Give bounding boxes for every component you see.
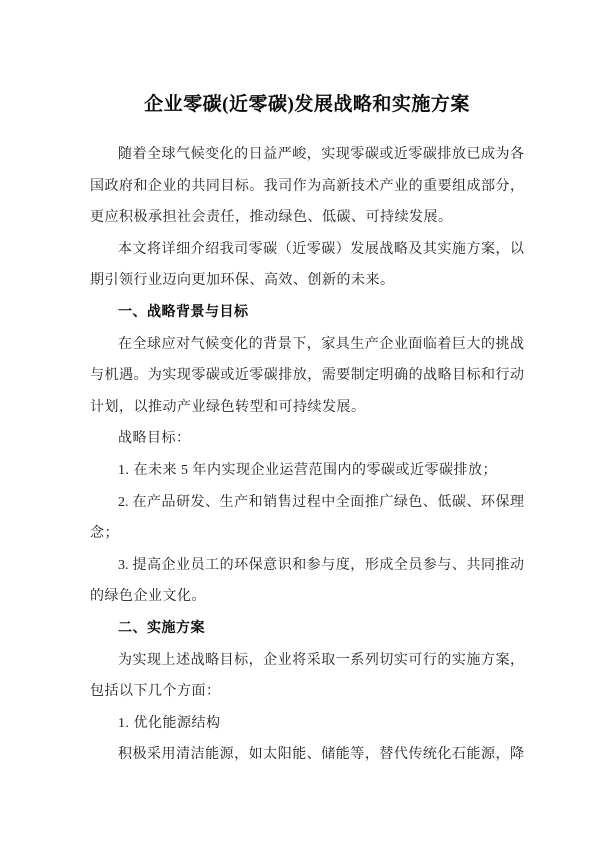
paragraph-implementation-intro: 为实现上述战略目标，企业将采取一系列切实可行的实施方案， 包括以下几个方面： <box>90 645 524 708</box>
implementation-item-1-body: 积极采用清洁能源，如太阳能、储能等，替代传统化石能源，降 <box>90 739 524 771</box>
heading-text: 一、战略背景与目标 <box>90 297 524 329</box>
goal-item-2: 2. 在产品研发、生产和销售过程中全面推广绿色、低碳、环保理 念； <box>90 487 524 550</box>
text-line: 战略目标： <box>90 423 524 455</box>
text-line: 期引领行业迈向更加环保、高效、创新的未来。 <box>90 265 524 297</box>
text-line: 念； <box>90 518 524 550</box>
text-line: 在全球应对气候变化的背景下，家具生产企业面临着巨大的挑战 <box>90 329 524 361</box>
document-page: 企业零碳(近零碳)发展战略和实施方案 随着全球气候变化的日益严峻，实现零碳或近零… <box>0 0 615 859</box>
document-content: 企业零碳(近零碳)发展战略和实施方案 随着全球气候变化的日益严峻，实现零碳或近零… <box>90 89 524 771</box>
goal-item-1: 1. 在未来 5 年内实现企业运营范围内的零碳或近零碳排放； <box>90 455 524 487</box>
text-line: 与机遇。为实现零碳或近零碳排放，需要制定明确的战略目标和行动 <box>90 360 524 392</box>
text-line: 国政府和企业的共同目标。我司作为高新技术产业的重要组成部分， <box>90 171 524 203</box>
section-heading-1: 一、战略背景与目标 <box>90 297 524 329</box>
text-line: 为实现上述战略目标，企业将采取一系列切实可行的实施方案， <box>90 645 524 677</box>
paragraph-goal-label: 战略目标： <box>90 423 524 455</box>
paragraph-background: 在全球应对气候变化的背景下，家具生产企业面临着巨大的挑战 与机遇。为实现零碳或近… <box>90 329 524 424</box>
text-line: 2. 在产品研发、生产和销售过程中全面推广绿色、低碳、环保理 <box>90 487 524 519</box>
paragraph-intro-1: 随着全球气候变化的日益严峻，实现零碳或近零碳排放已成为各 国政府和企业的共同目标… <box>90 139 524 234</box>
heading-text: 二、实施方案 <box>90 613 524 645</box>
text-line: 更应积极承担社会责任，推动绿色、低碳、可持续发展。 <box>90 202 524 234</box>
section-heading-2: 二、实施方案 <box>90 613 524 645</box>
text-line: 1. 在未来 5 年内实现企业运营范围内的零碳或近零碳排放； <box>90 455 524 487</box>
doc-title: 企业零碳(近零碳)发展战略和实施方案 <box>90 89 524 121</box>
text-line: 的绿色企业文化。 <box>90 581 524 613</box>
text-line: 计划，以推动产业绿色转型和可持续发展。 <box>90 392 524 424</box>
text-line: 本文将详细介绍我司零碳（近零碳）发展战略及其实施方案，以 <box>90 234 524 266</box>
text-line: 1. 优化能源结构 <box>90 708 524 740</box>
implementation-item-1-title: 1. 优化能源结构 <box>90 708 524 740</box>
text-line: 包括以下几个方面： <box>90 676 524 708</box>
text-line: 3. 提高企业员工的环保意识和参与度，形成全员参与、共同推动 <box>90 550 524 582</box>
goal-item-3: 3. 提高企业员工的环保意识和参与度，形成全员参与、共同推动 的绿色企业文化。 <box>90 550 524 613</box>
paragraph-intro-2: 本文将详细介绍我司零碳（近零碳）发展战略及其实施方案，以 期引领行业迈向更加环保… <box>90 234 524 297</box>
text-line: 积极采用清洁能源，如太阳能、储能等，替代传统化石能源，降 <box>90 739 524 771</box>
text-line: 随着全球气候变化的日益严峻，实现零碳或近零碳排放已成为各 <box>90 139 524 171</box>
